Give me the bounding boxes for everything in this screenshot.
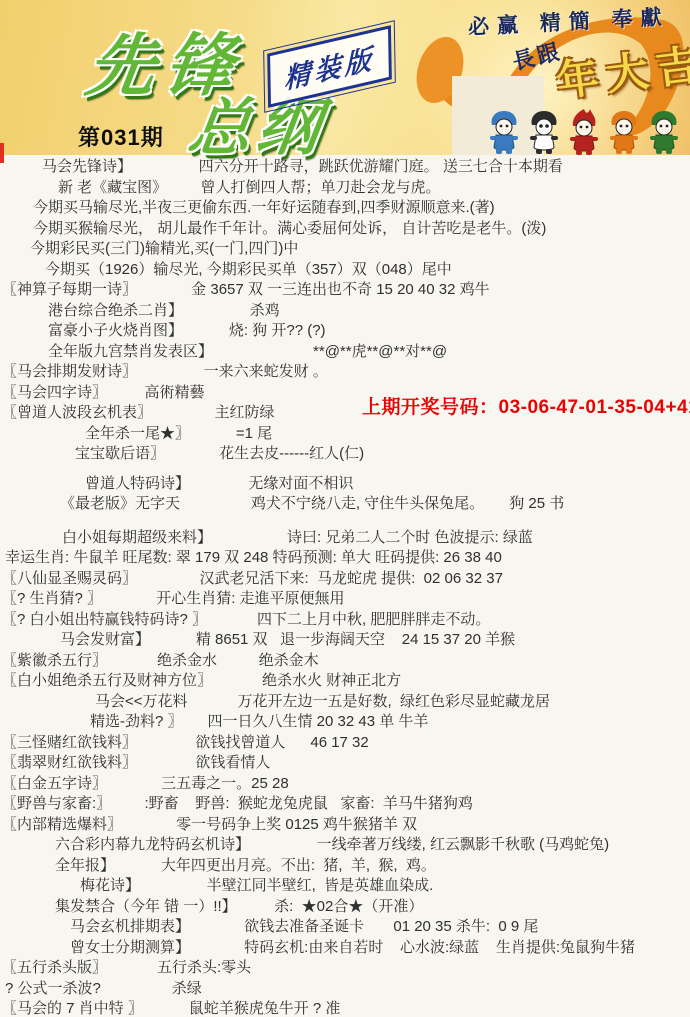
text-line: 今期买（1926）输尽光, 今期彩民买单（357）双（048）尾中 <box>0 260 690 281</box>
text-line: 〖翡翠财红欲钱料〗 欲钱看情人 <box>0 753 690 774</box>
fuwa-nini-green-icon <box>646 109 682 155</box>
content-lines: 马会先锋诗】 四六分开十路寻，跳跃优游耀门庭。 送三七合十本期看新 老《藏宝图》… <box>0 155 690 1017</box>
text-line: 全年版九宫禁肖发表区】 **@**虎**@**对**@ <box>0 342 690 363</box>
text-line: 曾女士分期测算】 特码玄机:由来自若时 心水波:绿蓝 生肖提供:兔鼠狗牛猪 <box>0 938 690 959</box>
text-line: 〖? 白小姐出特赢钱特码诗? 〗 四下二上月中秋, 肥肥胖胖走不动。 <box>0 610 690 631</box>
text-line: 马会先锋诗】 四六分开十路寻，跳跃优游耀门庭。 送三七合十本期看 <box>0 157 690 178</box>
text-line: 马会发财富】 精 8651 双 退一步海阔天空 24 15 37 20 羊猴 <box>0 630 690 651</box>
text-line: 马会玄机排期表】 欲钱去准备圣诞卡 01 20 35 杀牛: 0 9 尾 <box>0 917 690 938</box>
text-line: 〖三怪赌红欲钱料〗 欲钱找曾道人 46 17 32 <box>0 733 690 754</box>
fuwa-beibei-blue-icon <box>486 109 522 155</box>
text-line: 今期买马输尽光,半夜三更偷东西.一年好运随春到,四季财源顺意来.(著) <box>0 198 690 219</box>
text-line: 〖白小姐绝杀五行及财神方位〗 绝杀水火 财神正北方 <box>0 671 690 692</box>
text-line: 〖马会排期发财诗〗 一来六来蛇发财 。 <box>0 362 690 383</box>
text-line: 全年报】 大年四更出月亮。不出: 猪, 羊, 猴, 鸡。 <box>0 856 690 877</box>
text-line: 〖野兽与家畜:〗 :野畜 野兽: 猴蛇龙兔虎鼠 家畜: 羊马牛猪狗鸡 <box>0 794 690 815</box>
masthead: 先锋 总纲 精装版 必赢 精簡 奉獻 長跟 年大吉 第031期 <box>0 0 690 155</box>
text-line: 幸运生肖: 牛鼠羊 旺尾数: 翠 179 双 248 特码预测: 单大 旺码提供… <box>0 548 690 569</box>
text-line: 〖紫徽杀五行〗 绝杀金水 绝杀金木 <box>0 651 690 672</box>
fuwa-huanhuan-red-icon <box>566 109 602 155</box>
text-line: 〖内部精选爆料〗 零一号码争上奖 0125 鸡牛猴猪羊 双 <box>0 815 690 836</box>
text-line: 集发禁合（今年 错 一）!!】 杀: ★02合★（开准） <box>0 897 690 918</box>
fuwa-yingying-orange-icon <box>606 109 642 155</box>
text-line: 六合彩内幕九龙特码玄机诗】 一线牵著万线缕, 红云飘影千秋歌 (马鸡蛇兔) <box>0 835 690 856</box>
text-line: 白小姐每期超级来料】 诗曰: 兄弟二人二个时 色波提示: 绿蓝 <box>0 528 690 549</box>
text-line: 精选-劲料? 〗 四一日久八生情 20 32 43 单 牛羊 <box>0 712 690 733</box>
text-line: 〖? 生肖猜? 〗 开心生肖猜: 走進平原便無用 <box>0 589 690 610</box>
text-line: 宝宝歇后语〗 花生去皮------红人(仁) <box>0 444 690 465</box>
previous-draw-numbers: 上期开奖号码：03-06-47-01-35-04+41 <box>362 392 690 419</box>
text-line: 曾道人特码诗】 无缘对面不相识 <box>0 474 690 495</box>
text-line: 今期彩民买(三门)输精光,买(一门,四门)中 <box>0 239 690 260</box>
text-line: 新 老《藏宝图》 曾人打倒四人帮；单刀赴会龙与虎。 <box>0 178 690 199</box>
text-line: 〖神算子每期一诗〗 金 3657 双 一三连出也不奇 15 20 40 32 鸡… <box>0 280 690 301</box>
text-line: 〖五行杀头版〗 五行杀头:零头 <box>0 958 690 979</box>
issue-number: 第031期 <box>78 121 164 152</box>
text-line: 富豪小子火烧肖图】 烧: 狗 开?? (?) <box>0 321 690 342</box>
lottery-tip-sheet: 先锋 总纲 精装版 必赢 精簡 奉獻 長跟 年大吉 第031期 <box>0 0 690 1017</box>
text-line: 《最老版》无字天 鸡犬不宁绕八走, 守住牛头保兔尾。 狗 25 书 <box>0 494 690 515</box>
text-line: ? 公式一杀波? 杀绿 <box>0 979 690 1000</box>
text-line: 梅花诗】 半壁江同半壁红, 皆是英雄血染成. <box>0 876 690 897</box>
text-line: 〖白金五字诗〗 三五毒之一。25 28 <box>0 774 690 795</box>
text-line: 今期买猴输尽光， 胡儿最作千年计。满心委屈何处诉， 自计苦吃是老牛。(泼) <box>0 219 690 240</box>
text-line: 〖八仙显圣赐灵码〗 汉武老兄活下来: 马龙蛇虎 提供: 02 06 32 37 <box>0 569 690 590</box>
text-line: 〖马会的 7 肖中特 〗 鼠蛇羊猴虎兔牛开 ? 准 <box>0 999 690 1017</box>
text-line: 全年杀一尾★〗 =1 尾 <box>0 424 690 445</box>
text-line: 马会<<万花料 万花开左边一五是好数, 绿红色彩尽显蛇藏龙居 <box>0 692 690 713</box>
mascot-row <box>486 103 690 155</box>
text-line: 港台综合绝杀二肖】 杀鸡 <box>0 301 690 322</box>
fuwa-jingjing-panda-icon <box>526 109 562 155</box>
